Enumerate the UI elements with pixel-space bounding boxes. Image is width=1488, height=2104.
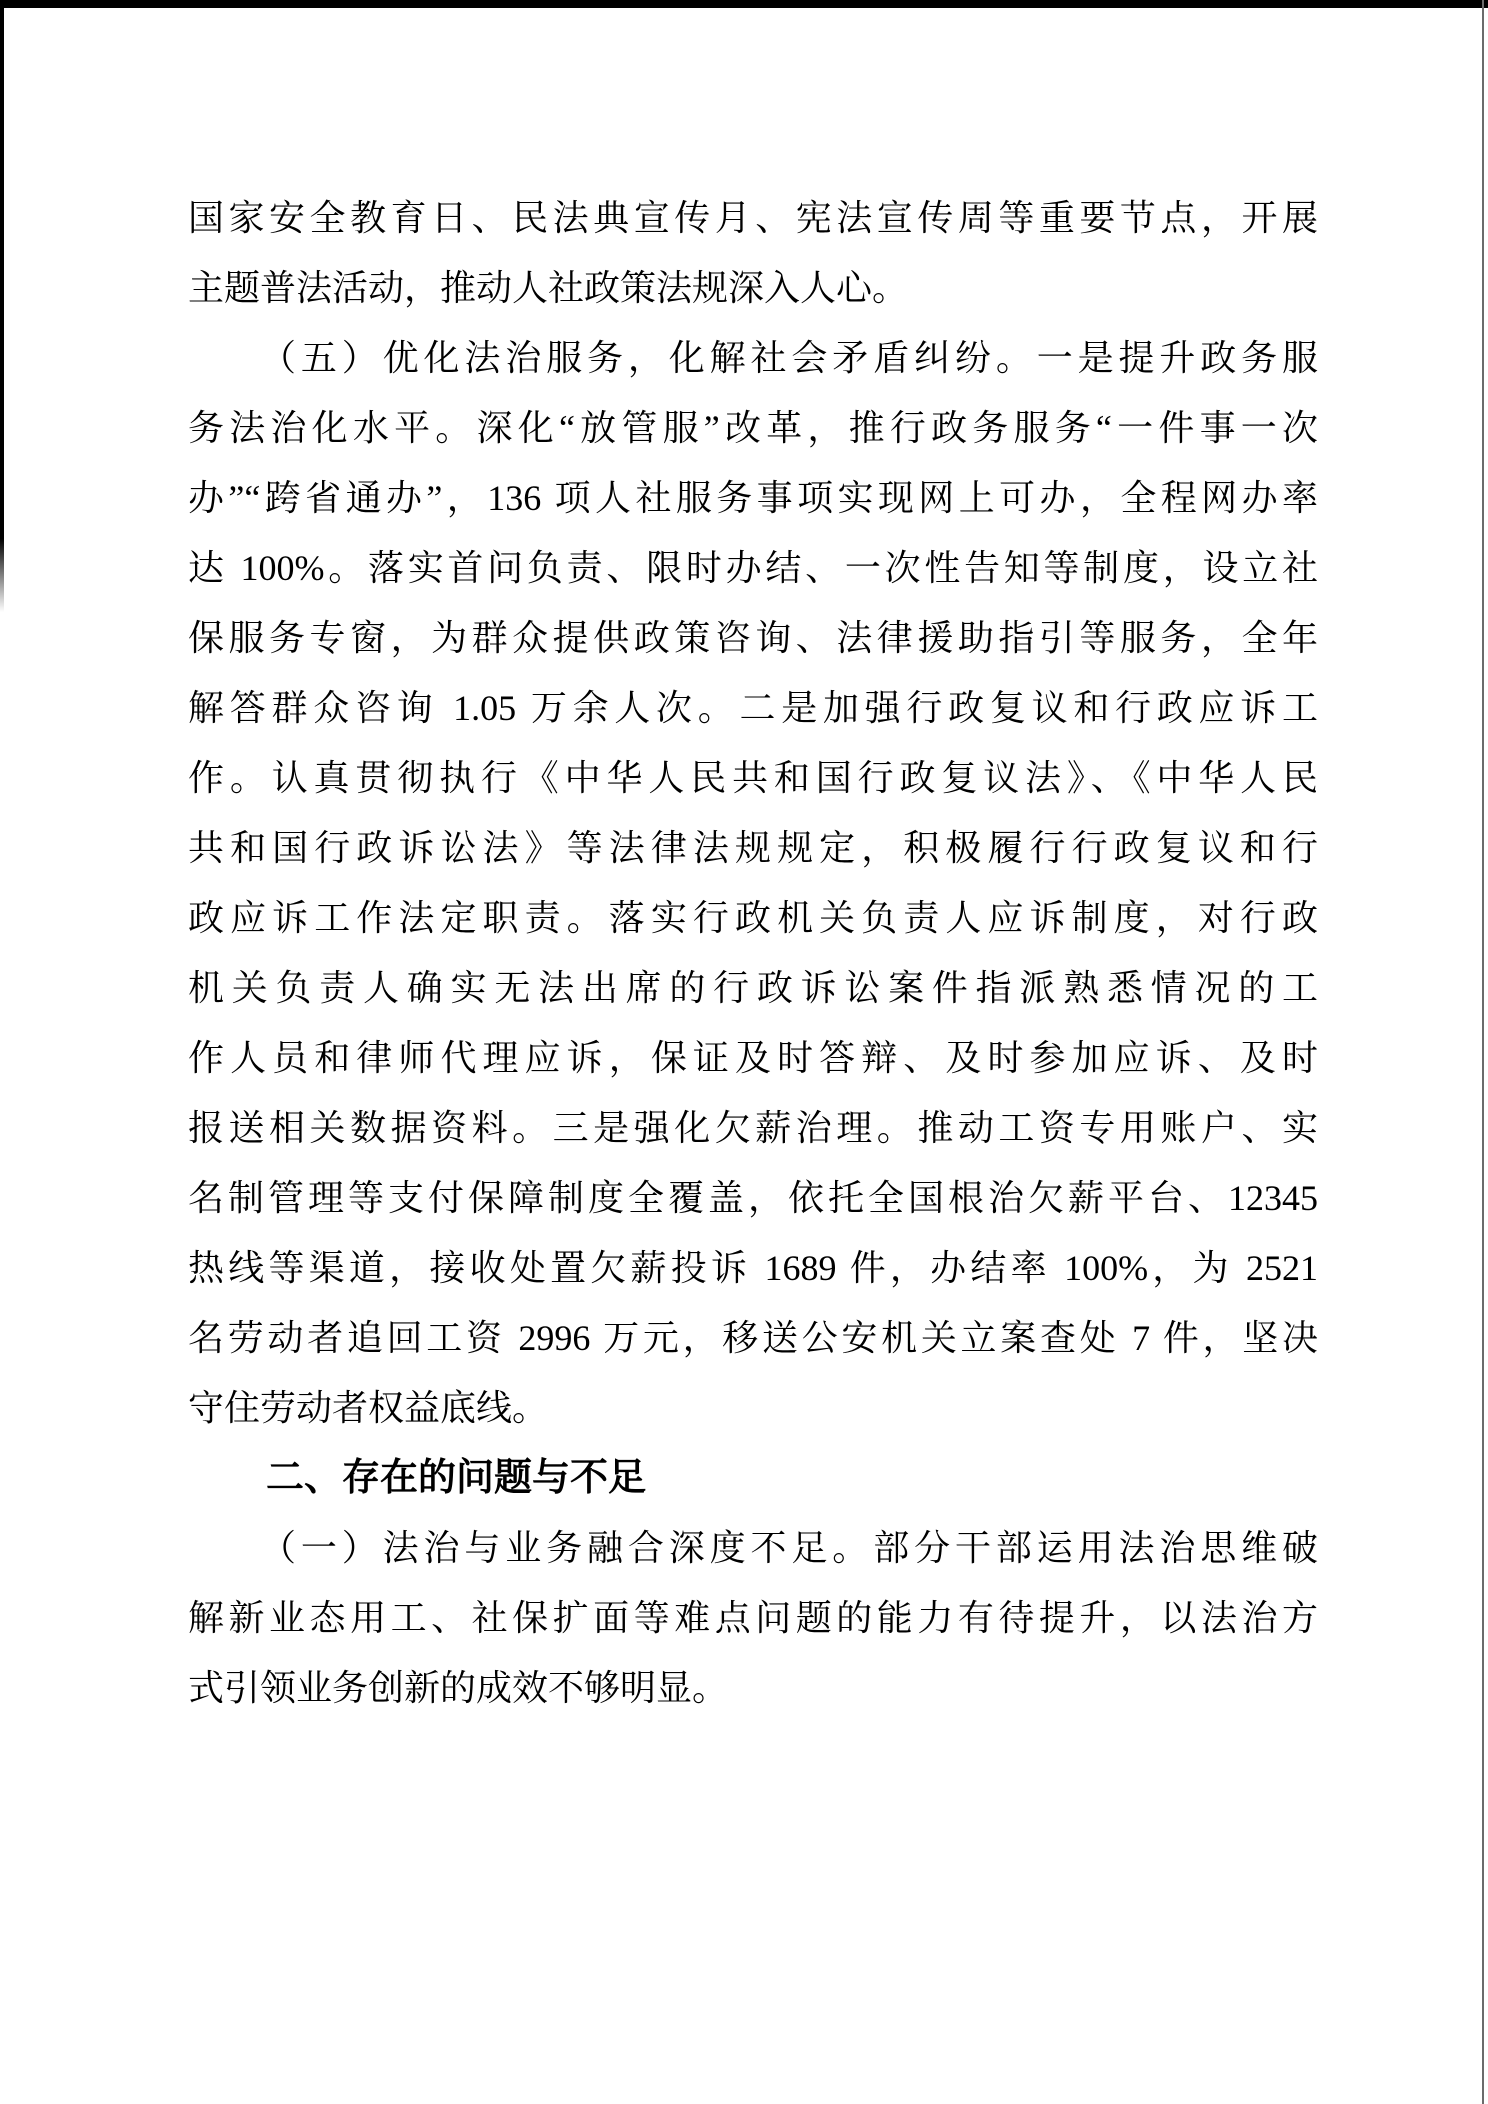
text-line: 机关负责人确实无法出席的行政诉讼案件指派熟悉情况的工 — [188, 953, 1318, 1023]
text-line: 务法治化水平。深化“放管服”改革，推行政务服务“一件事一次 — [188, 393, 1318, 463]
text-line: 解新业态用工、社保扩面等难点问题的能力有待提升，以法治方 — [188, 1583, 1318, 1653]
text-line: （一）法治与业务融合深度不足。部分干部运用法治思维破 — [188, 1513, 1318, 1583]
document-page: 国家安全教育日、民法典宣传月、宪法宣传周等重要节点，开展 主题普法活动，推动人社… — [0, 0, 1488, 2104]
scan-edge-top — [0, 0, 1488, 8]
text-block: 国家安全教育日、民法典宣传月、宪法宣传周等重要节点，开展 主题普法活动，推动人社… — [188, 183, 1318, 1723]
text-line: 政应诉工作法定职责。落实行政机关负责人应诉制度，对行政 — [188, 883, 1318, 953]
scan-edge-right — [1482, 0, 1484, 2104]
text-line: （五）优化法治服务，化解社会矛盾纠纷。一是提升政务服 — [188, 323, 1318, 393]
text-line: 作。认真贯彻执行《中华人民共和国行政复议法》、《中华人民 — [188, 743, 1318, 813]
text-line: 守住劳动者权益底线。 — [188, 1373, 1318, 1443]
text-line: 办”“跨省通办”，136 项人社服务事项实现网上可办，全程网办率 — [188, 463, 1318, 533]
text-line: 共和国行政诉讼法》等法律法规规定，积极履行行政复议和行 — [188, 813, 1318, 883]
text-line: 名劳动者追回工资 2996 万元，移送公安机关立案查处 7 件，坚决 — [188, 1303, 1318, 1373]
section-heading: 二、存在的问题与不足 — [188, 1443, 1318, 1513]
text-line: 保服务专窗，为群众提供政策咨询、法律援助指引等服务，全年 — [188, 603, 1318, 673]
text-line: 达 100%。落实首问负责、限时办结、一次性告知等制度，设立社 — [188, 533, 1318, 603]
text-line: 主题普法活动，推动人社政策法规深入人心。 — [188, 253, 1318, 323]
text-line: 式引领业务创新的成效不够明显。 — [188, 1653, 1318, 1723]
text-line: 报送相关数据资料。三是强化欠薪治理。推动工资专用账户、实 — [188, 1093, 1318, 1163]
scan-edge-left — [0, 0, 4, 612]
text-line: 热线等渠道，接收处置欠薪投诉 1689 件，办结率 100%，为 2521 — [188, 1233, 1318, 1303]
text-line: 名制管理等支付保障制度全覆盖，依托全国根治欠薪平台、12345 — [188, 1163, 1318, 1233]
text-line: 解答群众咨询 1.05 万余人次。二是加强行政复议和行政应诉工 — [188, 673, 1318, 743]
text-line: 作人员和律师代理应诉，保证及时答辩、及时参加应诉、及时 — [188, 1023, 1318, 1093]
text-line: 国家安全教育日、民法典宣传月、宪法宣传周等重要节点，开展 — [188, 183, 1318, 253]
